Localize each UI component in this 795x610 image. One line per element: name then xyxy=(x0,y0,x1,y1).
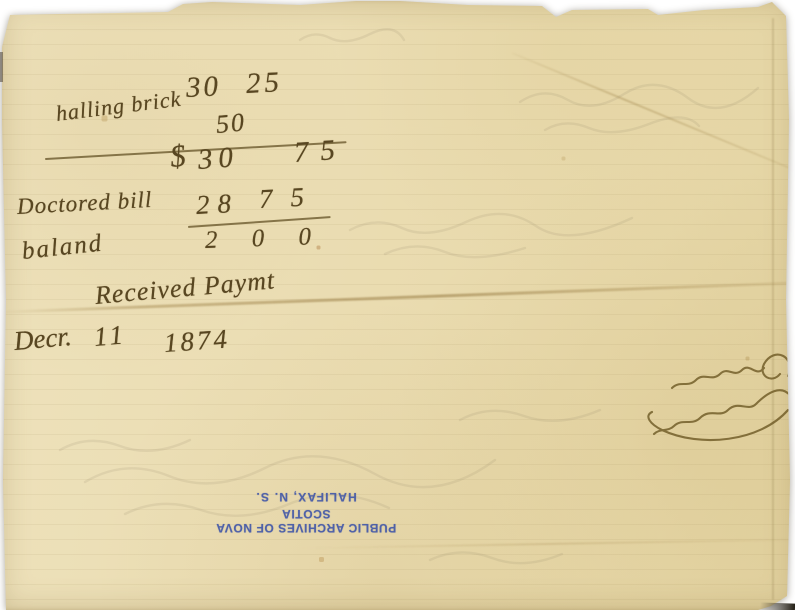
date-day: 11 xyxy=(93,321,128,351)
dollar-sign: $ xyxy=(168,139,187,171)
amount-row2: 50 xyxy=(215,109,247,138)
stamp-line2: HALIFAX, N. S. xyxy=(190,490,422,504)
item-label-halling-brick: halling brick xyxy=(55,88,183,125)
balance-amount: 2 0 0 xyxy=(205,224,312,253)
date-year: 1874 xyxy=(163,325,231,357)
paper-sheet: 30 25 halling brick 50 $ 30 75 Doctored … xyxy=(0,0,795,610)
amount-row1-left: 30 xyxy=(185,72,221,103)
amount-row3-right: 75 xyxy=(258,183,322,213)
left-edge-notch xyxy=(0,52,3,82)
item-label-baland: baland xyxy=(21,231,105,264)
inverted-signature xyxy=(640,330,795,445)
scanner-background: 30 25 halling brick 50 $ 30 75 Doctored … xyxy=(0,0,795,610)
scan-corner-shadow xyxy=(760,602,795,610)
amount-row3-left: 28 xyxy=(195,190,239,219)
total-amount-left: 30 xyxy=(197,143,240,175)
archive-stamp: PUBLIC ARCHIVES OF NOVA SCOTIA HALIFAX, … xyxy=(190,490,422,535)
item-label-doctored-bill: Doctored bill xyxy=(16,188,152,218)
date-prefix: Decr. xyxy=(13,323,73,355)
received-payment-line: Received Paymt xyxy=(94,267,276,309)
paper-stains xyxy=(0,0,1,1)
stamp-line1: PUBLIC ARCHIVES OF NOVA SCOTIA xyxy=(190,507,422,535)
amount-row1-right: 25 xyxy=(245,68,283,99)
diagonal-crease xyxy=(512,52,795,171)
lower-crease xyxy=(300,539,794,550)
right-edge-crease xyxy=(772,18,774,600)
total-amount-right: 75 xyxy=(293,135,348,168)
